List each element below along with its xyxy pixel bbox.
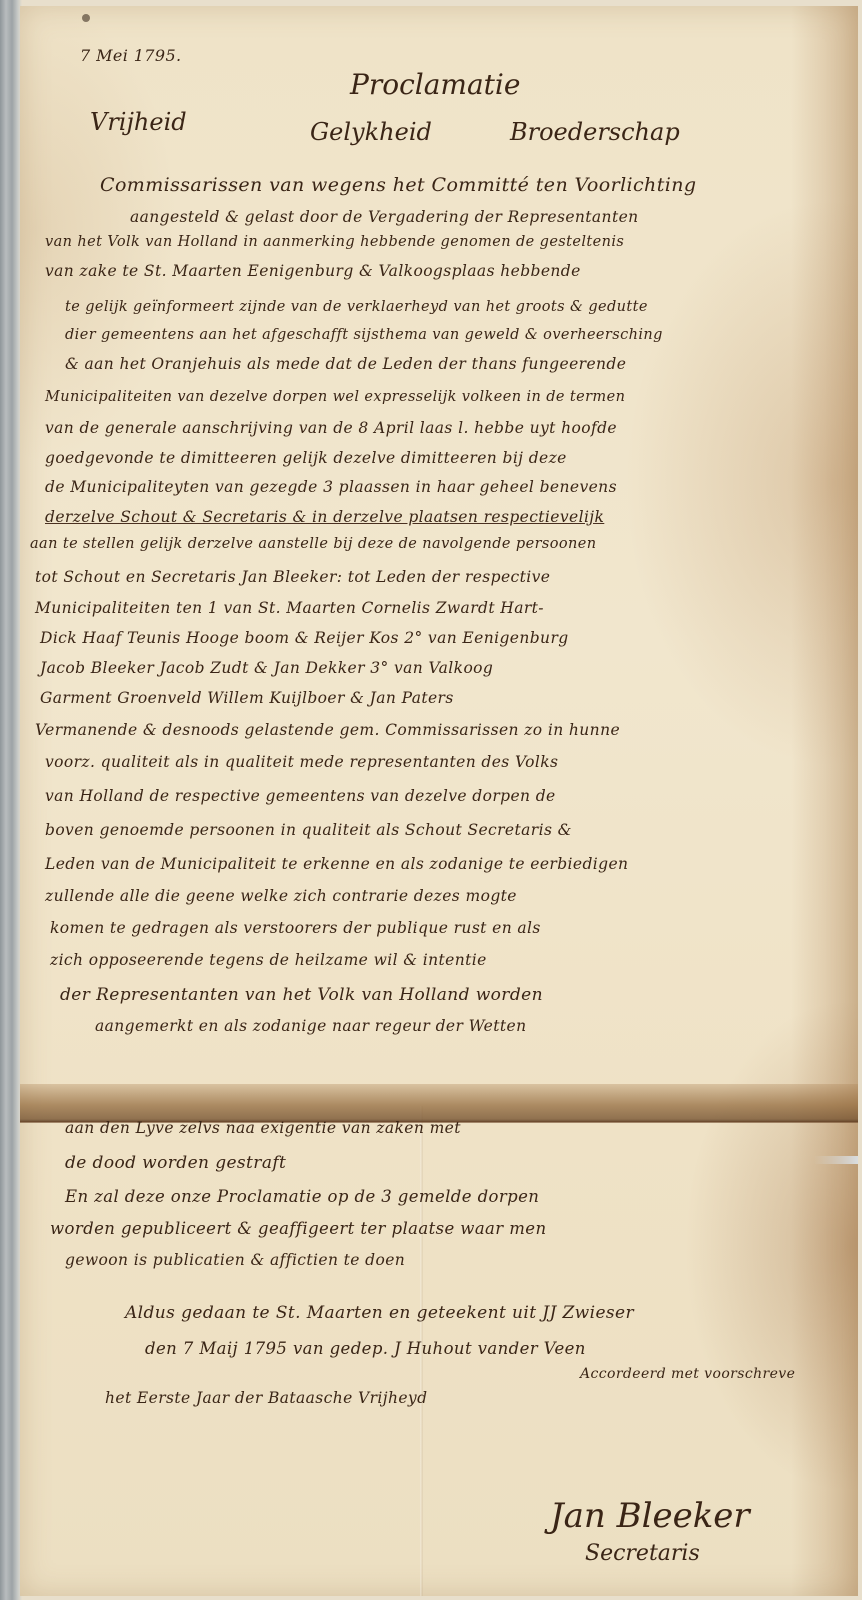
body-line: Jacob Bleeker Jacob Zudt & Jan Dekker 3°… — [40, 659, 493, 677]
body-line: voorz. qualiteit als in qualiteit mede r… — [45, 753, 558, 771]
body-line: Municipaliteiten ten 1 van St. Maarten C… — [35, 599, 544, 617]
body-line: Dick Haaf Teunis Hooge boom & Reijer Kos… — [40, 629, 569, 647]
body-line: Municipaliteiten van dezelve dorpen wel … — [45, 389, 625, 405]
body-line: Leden van de Municipaliteit te erkenne e… — [45, 855, 628, 873]
body-line: aan den Lyve zelvs naa exigentie van zak… — [65, 1119, 461, 1137]
body-line: van Holland de respective gemeentens van… — [45, 787, 556, 805]
body-line: der Representanten van het Volk van Holl… — [60, 985, 543, 1005]
body-line: aan te stellen gelijk derzelve aanstelle… — [30, 536, 596, 552]
motto-broederschap: Broederschap — [510, 118, 680, 146]
body-line: aangemerkt en als zodanige naar regeur d… — [95, 1017, 526, 1035]
motto-vrijheid: Vrijheid — [90, 108, 187, 136]
body-line: zich opposeerende tegens de heilzame wil… — [50, 951, 487, 969]
body-line: worden gepubliceert & geaffigeert ter pl… — [50, 1219, 546, 1238]
body-line: te gelijk geïnformeert zijnde van de ver… — [65, 299, 648, 315]
body-line: zullende alle die geene welke zich contr… — [45, 887, 517, 905]
motto-gelykheid: Gelykheid — [310, 118, 432, 146]
body-line: derzelve Schout & Secretaris & in derzel… — [45, 508, 604, 526]
document-title: Proclamatie — [350, 68, 520, 101]
closing-line: den 7 Maij 1795 van gedep. J Huhout vand… — [145, 1339, 586, 1358]
body-line: komen te gedragen als verstoorers der pu… — [50, 919, 541, 937]
closing-line: Aldus gedaan te St. Maarten en geteekent… — [125, 1303, 634, 1323]
body-line: van de generale aanschrijving van de 8 A… — [45, 419, 617, 437]
closing-line: het Eerste Jaar der Bataasche Vrijheyd — [105, 1389, 427, 1407]
body-line: Vermanende & desnoods gelastende gem. Co… — [35, 721, 620, 739]
body-line: de dood worden gestraft — [65, 1153, 286, 1173]
body-line: dier gemeentens aan het afgeschafft sijs… — [65, 327, 663, 343]
body-line: Commissarissen van wegens het Committé t… — [100, 174, 696, 196]
body-line: gewoon is publicatien & affictien te doe… — [65, 1251, 405, 1269]
body-line: goedgevonde te dimitteeren gelijk dezelv… — [45, 449, 567, 467]
signature-title: Secretaris — [585, 1541, 700, 1566]
date-note: 7 Mei 1795. — [80, 46, 182, 65]
body-line: tot Schout en Secretaris Jan Bleeker: to… — [35, 568, 550, 586]
body-line: & aan het Oranjehuis als mede dat de Led… — [65, 355, 626, 373]
body-line: aangesteld & gelast door de Vergadering … — [130, 208, 639, 226]
body-line: boven genoemde persoonen in qualiteit al… — [45, 821, 572, 839]
document-page: 7 Mei 1795. Proclamatie Vrijheid Gelykhe… — [20, 6, 858, 1596]
page-tear — [814, 1156, 858, 1164]
body-line: Garment Groenveld Willem Kuijlboer & Jan… — [40, 689, 454, 707]
body-line: En zal deze onze Proclamatie op de 3 gem… — [65, 1187, 539, 1206]
body-line: van het Volk van Holland in aanmerking h… — [45, 234, 624, 250]
water-stain-band — [20, 1084, 858, 1122]
ink-speck — [82, 14, 90, 22]
closing-line: Accordeerd met voorschreve — [580, 1366, 795, 1382]
body-line: de Municipaliteyten van gezegde 3 plaass… — [45, 478, 617, 496]
signature-name: Jan Bleeker — [550, 1496, 750, 1536]
body-line: van zake te St. Maarten Eenigenburg & Va… — [45, 262, 581, 280]
